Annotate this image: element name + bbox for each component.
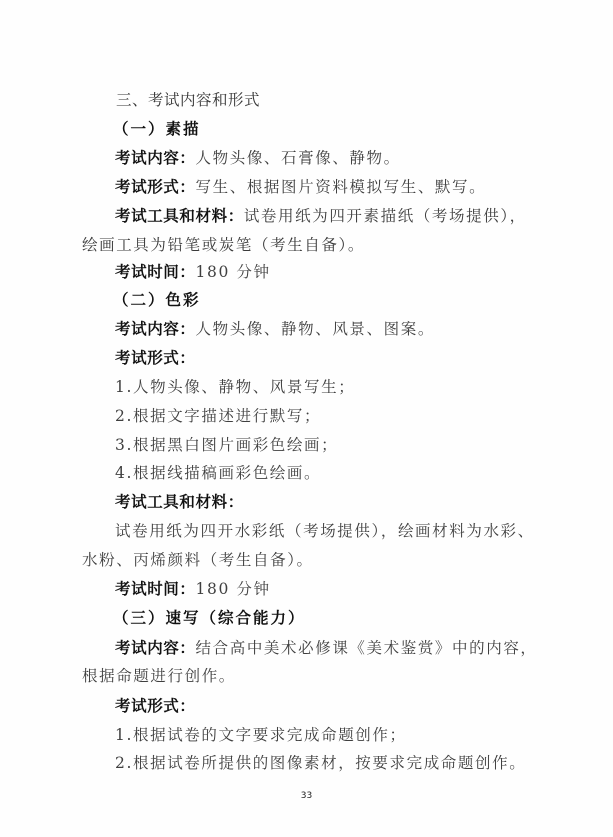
sketch-content-row: 考试内容：人物头像、石膏像、静物。	[115, 148, 401, 168]
field-value: 结合高中美术必修课《美术鉴赏》中的内容，	[196, 639, 538, 657]
color-tools-continuation: 水粉、丙烯颜料（考生自备）。	[82, 550, 314, 570]
field-label: 考试内容：	[115, 320, 196, 338]
field-label: 考试内容：	[115, 639, 196, 657]
color-form-label: 考试形式：	[115, 348, 196, 368]
subsection-heading-color: （二）色彩	[113, 290, 201, 310]
list-item: 2.根据文字描述进行默写；	[115, 406, 321, 426]
subsection-heading-quick-sketch: （三）速写（综合能力）	[113, 608, 306, 628]
page-number: 33	[0, 791, 613, 801]
color-content-row: 考试内容：人物头像、静物、风景、图案。	[115, 319, 435, 339]
sketch-tools-continuation: 绘画工具为铅笔或炭笔（考生自备）。	[82, 235, 365, 255]
field-value: 试卷用纸为四开素描纸（考场提供），	[244, 207, 527, 225]
document-page: 三、考试内容和形式 （一）素描 考试内容：人物头像、石膏像、静物。 考试形式：写…	[0, 0, 613, 837]
field-label: 考试形式：	[115, 349, 196, 367]
field-label: 考试形式：	[115, 697, 196, 715]
list-item: 1.根据试卷的文字要求完成命题创作；	[115, 725, 407, 745]
color-tools-value: 试卷用纸为四开水彩纸（考场提供），绘画材料为水彩、	[115, 521, 535, 541]
quick-sketch-form-label: 考试形式：	[115, 696, 196, 716]
field-value: 写生、根据图片资料模拟写生、默写。	[196, 178, 487, 196]
field-label: 考试时间：	[115, 263, 196, 281]
sketch-time-row: 考试时间：180 分钟	[115, 262, 271, 282]
section-title: 三、考试内容和形式	[116, 90, 260, 110]
list-item: 1.人物头像、静物、风景写生；	[115, 377, 355, 397]
field-label: 考试时间：	[115, 580, 196, 598]
field-label: 考试形式：	[115, 178, 196, 196]
color-tools-label: 考试工具和材料：	[115, 492, 244, 512]
field-label: 考试内容：	[115, 149, 196, 167]
list-item: 2.根据试卷所提供的图像素材，按要求完成命题创作。	[115, 753, 526, 773]
color-time-row: 考试时间：180 分钟	[115, 579, 271, 599]
list-item: 3.根据黑白图片画彩色绘画；	[115, 435, 338, 455]
quick-sketch-content-continuation: 根据命题进行创作。	[82, 666, 236, 686]
list-item: 4.根据线描稿画彩色绘画。	[115, 463, 321, 483]
quick-sketch-content-row: 考试内容：结合高中美术必修课《美术鉴赏》中的内容，	[115, 638, 538, 658]
field-value: 180 分钟	[196, 263, 271, 281]
sketch-form-row: 考试形式：写生、根据图片资料模拟写生、默写。	[115, 177, 486, 197]
field-value: 180 分钟	[196, 580, 271, 598]
field-value: 人物头像、静物、风景、图案。	[196, 320, 435, 338]
sketch-tools-row: 考试工具和材料：试卷用纸为四开素描纸（考场提供），	[115, 206, 527, 226]
field-label: 考试工具和材料：	[115, 493, 244, 511]
field-value: 人物头像、石膏像、静物。	[196, 149, 401, 167]
subsection-heading-sketch: （一）素描	[113, 119, 201, 139]
field-label: 考试工具和材料：	[115, 207, 244, 225]
